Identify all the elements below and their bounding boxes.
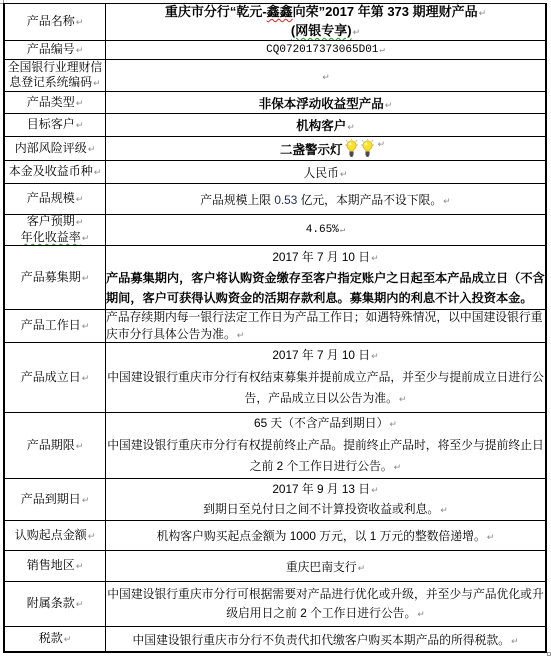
risk-rating-text: 二盏警示灯	[280, 143, 343, 157]
value-cell: 机构客户购买起点金额为 1000 万元，以 1 万元的整数倍递增。	[106, 521, 545, 550]
row-label: 认购起点金额	[15, 528, 96, 544]
row-label: 产品工作日	[21, 318, 90, 334]
value-cell: 重庆市分行“乾元-鑫鑫向荣”2017 年第 373 期理财产品 (网银专享)	[106, 4, 545, 40]
subscription-note-line: 期间，客户可获得认购资金的活期存款利息。募集期内的利息不计入投资本金。	[106, 288, 533, 308]
label-cell: 本金及收益币种	[5, 161, 106, 183]
label-cell: 全国银行业理财信 息登记系统编码	[5, 60, 106, 91]
product-type-value: 非保本浮动收益型产品	[259, 94, 393, 112]
term-note-line: 中国建设银行重庆市分行有权提前终止产品。提前终止产品时，将至少与提前终止日	[107, 435, 544, 456]
table-row-product-type: 产品类型 非保本浮动收益型产品	[5, 92, 545, 114]
value-cell: CQ072017373065D01	[106, 41, 545, 59]
currency-value: 人民币	[304, 164, 348, 181]
label-cell: 产品规模	[5, 184, 106, 214]
row-label: 产品期限	[27, 438, 84, 454]
label-spellcheck: 年化收益率	[21, 230, 81, 244]
value-cell: 中国建设银行重庆市分行不负责代扣代缴客户购买本期产品的所得税款。	[106, 627, 545, 651]
row-label: 产品编号	[27, 42, 84, 58]
table-row-subscription-period: 产品募集期 2017 年 7 月 10 日 产品募集期内，客户将认购资金缴存至客…	[5, 246, 545, 310]
scale-text: 产品规模上限	[200, 193, 274, 207]
table-row-sales-region: 销售地区 重庆巴南支行	[5, 551, 545, 582]
row-label: 产品募集期	[21, 270, 90, 286]
value-cell	[106, 60, 545, 91]
subscription-note-line: 产品募集期内，客户将认购资金缴存至客户指定账户之日起至本产品成立日（不含）	[106, 268, 545, 288]
establishment-date: 2017 年 7 月 10 日	[272, 345, 378, 367]
row-label: 产品成立日	[21, 370, 90, 386]
product-scale-value: 产品规模上限 0.53 亿元，本期产品不设下限。	[200, 191, 450, 208]
table-row-expected-yield: 客户预期 年化收益率 4.65%	[5, 215, 545, 246]
table-row-minimum-subscription: 认购起点金额 机构客户购买起点金额为 1000 万元，以 1 万元的整数倍递增。	[5, 521, 545, 551]
table-row-risk-rating: 内部风险评级 二盏警示灯	[5, 137, 545, 161]
table-row-registration-code: 全国银行业理财信 息登记系统编码	[5, 60, 545, 92]
expected-yield-value: 4.65%	[306, 224, 345, 236]
value-cell: 65 天（不含产品到期日） 中国建设银行重庆市分行有权提前终止产品。提前终止产品…	[106, 413, 545, 478]
title-part: 向荣”2017 年第 373 期理财产品	[293, 4, 487, 19]
supplementary-terms-line: 级启用日之前 2 个工作日进行公告。	[226, 604, 425, 624]
value-cell: 人民币	[106, 161, 545, 183]
label-cell: 目标客户	[5, 114, 106, 136]
value-cell: 产品存续期内每一银行法定工作日为产品工作日；如遇特殊情况，以中国建设银行重 庆市…	[106, 310, 545, 342]
row-label: 产品规模	[27, 191, 84, 207]
paragraph-mark	[352, 23, 361, 38]
table-row-product-scale: 产品规模 产品规模上限 0.53 亿元，本期产品不设下限。	[5, 184, 545, 215]
label-cell: 产品工作日	[5, 310, 106, 342]
table-row-establishment-date: 产品成立日 2017 年 7 月 10 日 中国建设银行重庆市分行有权结束募集并…	[5, 343, 545, 413]
row-label: 销售地区	[27, 558, 84, 574]
value-cell: 2017 年 7 月 10 日 中国建设银行重庆市分行有权结束募集并提前成立产品…	[106, 343, 545, 412]
term-note-line: 之前 2 个工作日进行公告。	[250, 456, 401, 478]
establishment-note-line: 告，产品成立日以公告为准。	[245, 388, 407, 410]
term-days: 65 天（不含产品到期日）	[254, 413, 397, 435]
label-cell: 产品募集期	[5, 246, 106, 309]
label-cell: 认购起点金额	[5, 521, 106, 550]
working-day-line: 产品存续期内每一银行法定工作日为产品工作日；如遇特殊情况，以中国建设银行重	[106, 310, 543, 326]
label-cell: 产品成立日	[5, 343, 106, 412]
table-row-product-name: 产品名称 重庆市分行“乾元-鑫鑫向荣”2017 年第 373 期理财产品 (网银…	[5, 4, 545, 41]
label-cell: 产品期限	[5, 413, 106, 478]
row-label-line: 全国银行业理财信	[8, 60, 102, 75]
row-label: 产品类型	[27, 95, 84, 111]
table-row-maturity-date: 产品到期日 2017 年 9 月 13 日 到期日至兑付日之间不计算投资收益或利…	[5, 479, 545, 521]
target-client-value: 机构客户	[296, 116, 355, 134]
working-day-line: 庆市分行具体公告为准。	[106, 326, 244, 343]
label-cell: 产品到期日	[5, 479, 106, 520]
table-row-product-term: 产品期限 65 天（不含产品到期日） 中国建设银行重庆市分行有权提前终止产品。提…	[5, 413, 545, 479]
value-cell: 重庆巴南支行	[106, 551, 545, 581]
row-label: 附属条款	[27, 596, 84, 612]
tax-value: 中国建设银行重庆市分行不负责代扣代缴客户购买本期产品的所得税款。	[132, 631, 518, 648]
risk-rating-value: 二盏警示灯	[266, 139, 385, 158]
table-row-tax: 税款 中国建设银行重庆市分行不负责代扣代缴客户购买本期产品的所得税款。	[5, 627, 545, 651]
row-label: 目标客户	[27, 117, 84, 133]
table-resize-handle[interactable]	[547, 652, 551, 656]
light-bulb-icon	[344, 139, 359, 157]
label-cell: 产品编号	[5, 41, 106, 59]
product-title-line-1: 重庆市分行“乾元-鑫鑫向荣”2017 年第 373 期理财产品	[165, 4, 486, 22]
table-row-supplementary-terms: 附属条款 中国建设银行重庆市分行可根据需要对产品进行优化或升级，并至少与产品优化…	[5, 582, 545, 627]
table-row-product-code: 产品编号 CQ072017373065D01	[5, 41, 545, 60]
scale-text: 亿元，本期产品不设下限。	[297, 193, 442, 207]
row-label-line: 年化收益率	[21, 230, 90, 245]
label-cell: 税款	[5, 627, 106, 651]
row-label: 内部风险评级	[15, 141, 96, 157]
product-info-table: 产品名称 重庆市分行“乾元-鑫鑫向荣”2017 年第 373 期理财产品 (网银…	[3, 3, 547, 653]
value-cell: 非保本浮动收益型产品	[106, 92, 545, 113]
paragraph-mark	[81, 230, 90, 244]
supplementary-terms-line: 中国建设银行重庆市分行可根据需要对产品进行优化或升级，并至少与产品优化或升	[107, 585, 544, 604]
table-row-working-day: 产品工作日 产品存续期内每一银行法定工作日为产品工作日；如遇特殊情况，以中国建设…	[5, 310, 545, 343]
maturity-note: 到期日至兑付日之间不计算投资收益或利息。	[203, 500, 448, 520]
light-bulb-icon	[360, 139, 375, 157]
label-cell: 销售地区	[5, 551, 106, 581]
value-cell: 2017 年 9 月 13 日 到期日至兑付日之间不计算投资收益或利息。	[106, 479, 545, 520]
warning-lights	[344, 139, 385, 157]
row-label: 产品到期日	[21, 492, 90, 508]
product-code: CQ072017373065D01	[266, 44, 385, 56]
value-cell: 机构客户	[106, 114, 545, 136]
value-cell: 中国建设银行重庆市分行可根据需要对产品进行优化或升级，并至少与产品优化或升 级启…	[106, 582, 545, 626]
label-cell: 内部风险评级	[5, 137, 106, 160]
minimum-subscription-value: 机构客户购买起点金额为 1000 万元，以 1 万元的整数倍递增。	[157, 527, 495, 544]
table-row-currency: 本金及收益币种 人民币	[5, 161, 545, 184]
row-label: 产品名称	[27, 14, 84, 30]
value-cell: 二盏警示灯	[106, 137, 545, 160]
title-part: 重庆市分行“乾元-	[165, 4, 267, 19]
product-title-line-2: (网银专享)	[291, 22, 360, 40]
label-cell: 产品类型	[5, 92, 106, 113]
value-cell: 4.65%	[106, 215, 545, 245]
registration-code-empty	[321, 69, 330, 83]
row-label: 本金及收益币种	[9, 164, 102, 180]
title-part-spellcheck: (网银专享)	[291, 23, 352, 38]
subscription-date: 2017 年 7 月 10 日	[272, 247, 378, 268]
label-cell: 客户预期 年化收益率	[5, 215, 106, 245]
table-row-target-client: 目标客户 机构客户	[5, 114, 545, 137]
row-label: 税款	[39, 631, 72, 647]
row-label-line: 息登记系统编码	[9, 75, 100, 91]
value-cell: 产品规模上限 0.53 亿元，本期产品不设下限。	[106, 184, 545, 214]
value-cell: 2017 年 7 月 10 日 产品募集期内，客户将认购资金缴存至客户指定账户之…	[106, 246, 545, 309]
row-label-line: 客户预期	[27, 215, 84, 230]
label-cell: 产品名称	[5, 4, 106, 40]
sales-region-value: 重庆巴南支行	[286, 558, 365, 575]
maturity-date: 2017 年 9 月 13 日	[272, 480, 378, 500]
title-part-spellcheck: 鑫鑫	[267, 4, 293, 19]
establishment-note-line: 中国建设银行重庆市分行有权结束募集并提前成立产品，并至少与提前成立日进行公	[107, 367, 544, 388]
label-cell: 附属条款	[5, 582, 106, 626]
scale-amount: 0.53	[274, 193, 297, 207]
